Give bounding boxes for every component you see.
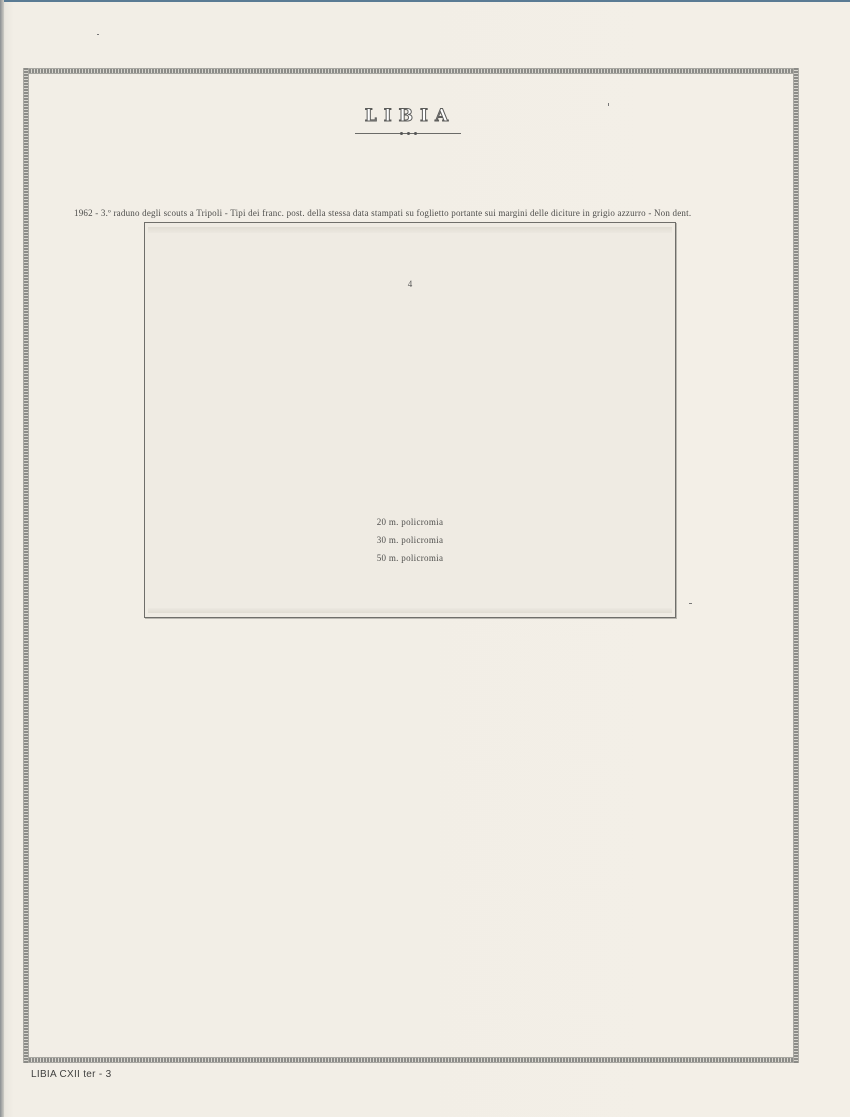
- title-ornament-icon: [396, 131, 422, 136]
- mount-number: 4: [145, 279, 675, 289]
- stamp-value-item: 20 m. policromia: [145, 513, 675, 531]
- border-left: [23, 68, 29, 1063]
- page-title: LIBIA: [0, 106, 820, 126]
- border-bottom: [23, 1057, 799, 1063]
- page-footer-label: LIBIA CXII ter - 3: [31, 1069, 111, 1080]
- border-top: [23, 68, 799, 74]
- stamp-mount-box: 4 20 m. policromia 30 m. policromia 50 m…: [144, 222, 676, 618]
- stamp-value-item: 30 m. policromia: [145, 531, 675, 549]
- mount-bottom-shade: [148, 608, 672, 613]
- scan-left-edge: [0, 0, 4, 1117]
- paper-speck: [608, 103, 609, 106]
- stamp-values-list: 20 m. policromia 30 m. policromia 50 m. …: [145, 513, 675, 567]
- paper-speck: [689, 603, 692, 604]
- stamp-value-item: 50 m. policromia: [145, 549, 675, 567]
- mount-top-shade: [148, 227, 672, 233]
- border-right: [793, 68, 799, 1063]
- paper-speck: [97, 34, 99, 35]
- issue-description: 1962 - 3.º raduno degli scouts a Tripoli…: [74, 208, 774, 218]
- scan-top-edge: [0, 0, 850, 2]
